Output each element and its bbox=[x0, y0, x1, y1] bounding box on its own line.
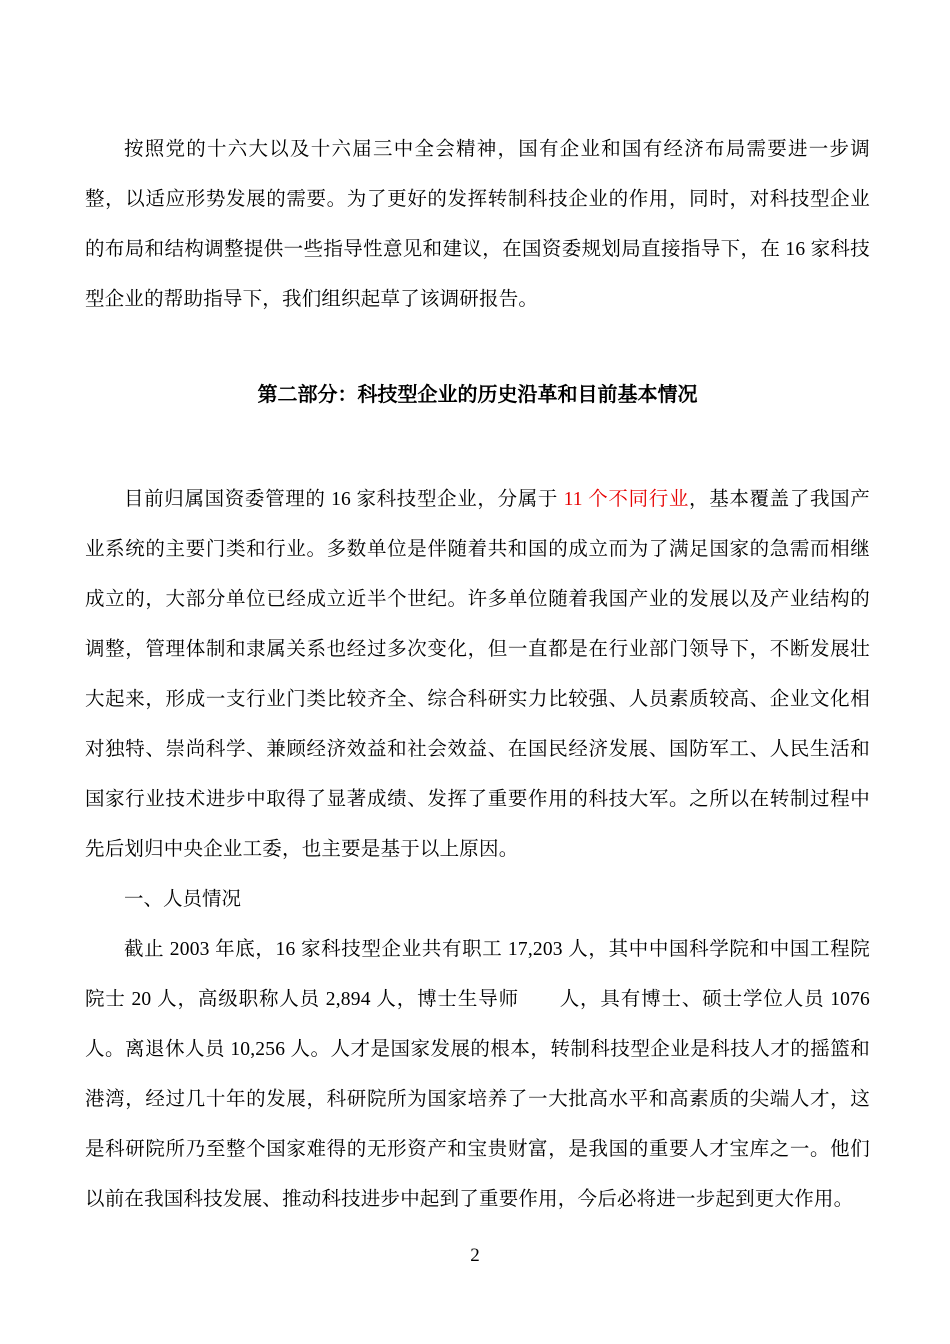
paragraph-personnel-stats: 截止 2003 年底，16 家科技型企业共有职工 17,203 人，其中中国科学… bbox=[85, 925, 870, 1225]
text-run: 一、人员情况 bbox=[124, 889, 241, 910]
text-run: 按照党的十六大以及十六届三中全会精神，国有企业和国有经济布局需要进一步调整，以适… bbox=[85, 139, 870, 310]
paragraph-intro: 按照党的十六大以及十六届三中全会精神，国有企业和国有经济布局需要进一步调整，以适… bbox=[85, 125, 870, 325]
page-footer: 2 bbox=[0, 1244, 950, 1268]
document-content: 按照党的十六大以及十六届三中全会精神，国有企业和国有经济布局需要进一步调整，以适… bbox=[0, 0, 950, 1225]
text-run: ，基本覆盖了我国产业系统的主要门类和行业。多数单位是伴随着共和国的成立而为了满足… bbox=[85, 489, 870, 860]
subsection-title-personnel: 一、人员情况 bbox=[85, 875, 870, 925]
text-run: 目前归属国资委管理的 16 家科技型企业，分属于 bbox=[124, 489, 564, 510]
text-run: 截止 2003 年底，16 家科技型企业共有职工 17,203 人，其中中国科学… bbox=[85, 939, 870, 1210]
document-page: 按照党的十六大以及十六届三中全会精神，国有企业和国有经济布局需要进一步调整，以适… bbox=[0, 0, 950, 1344]
text-run: 第二部分：科技型企业的历史沿革和目前基本情况 bbox=[258, 384, 698, 406]
highlighted-text-run: 11 个不同行业 bbox=[564, 489, 689, 510]
paragraph-overview: 目前归属国资委管理的 16 家科技型企业，分属于 11 个不同行业，基本覆盖了我… bbox=[85, 475, 870, 875]
page-number: 2 bbox=[470, 1245, 480, 1266]
section-heading-part-two: 第二部分：科技型企业的历史沿革和目前基本情况 bbox=[85, 370, 870, 420]
